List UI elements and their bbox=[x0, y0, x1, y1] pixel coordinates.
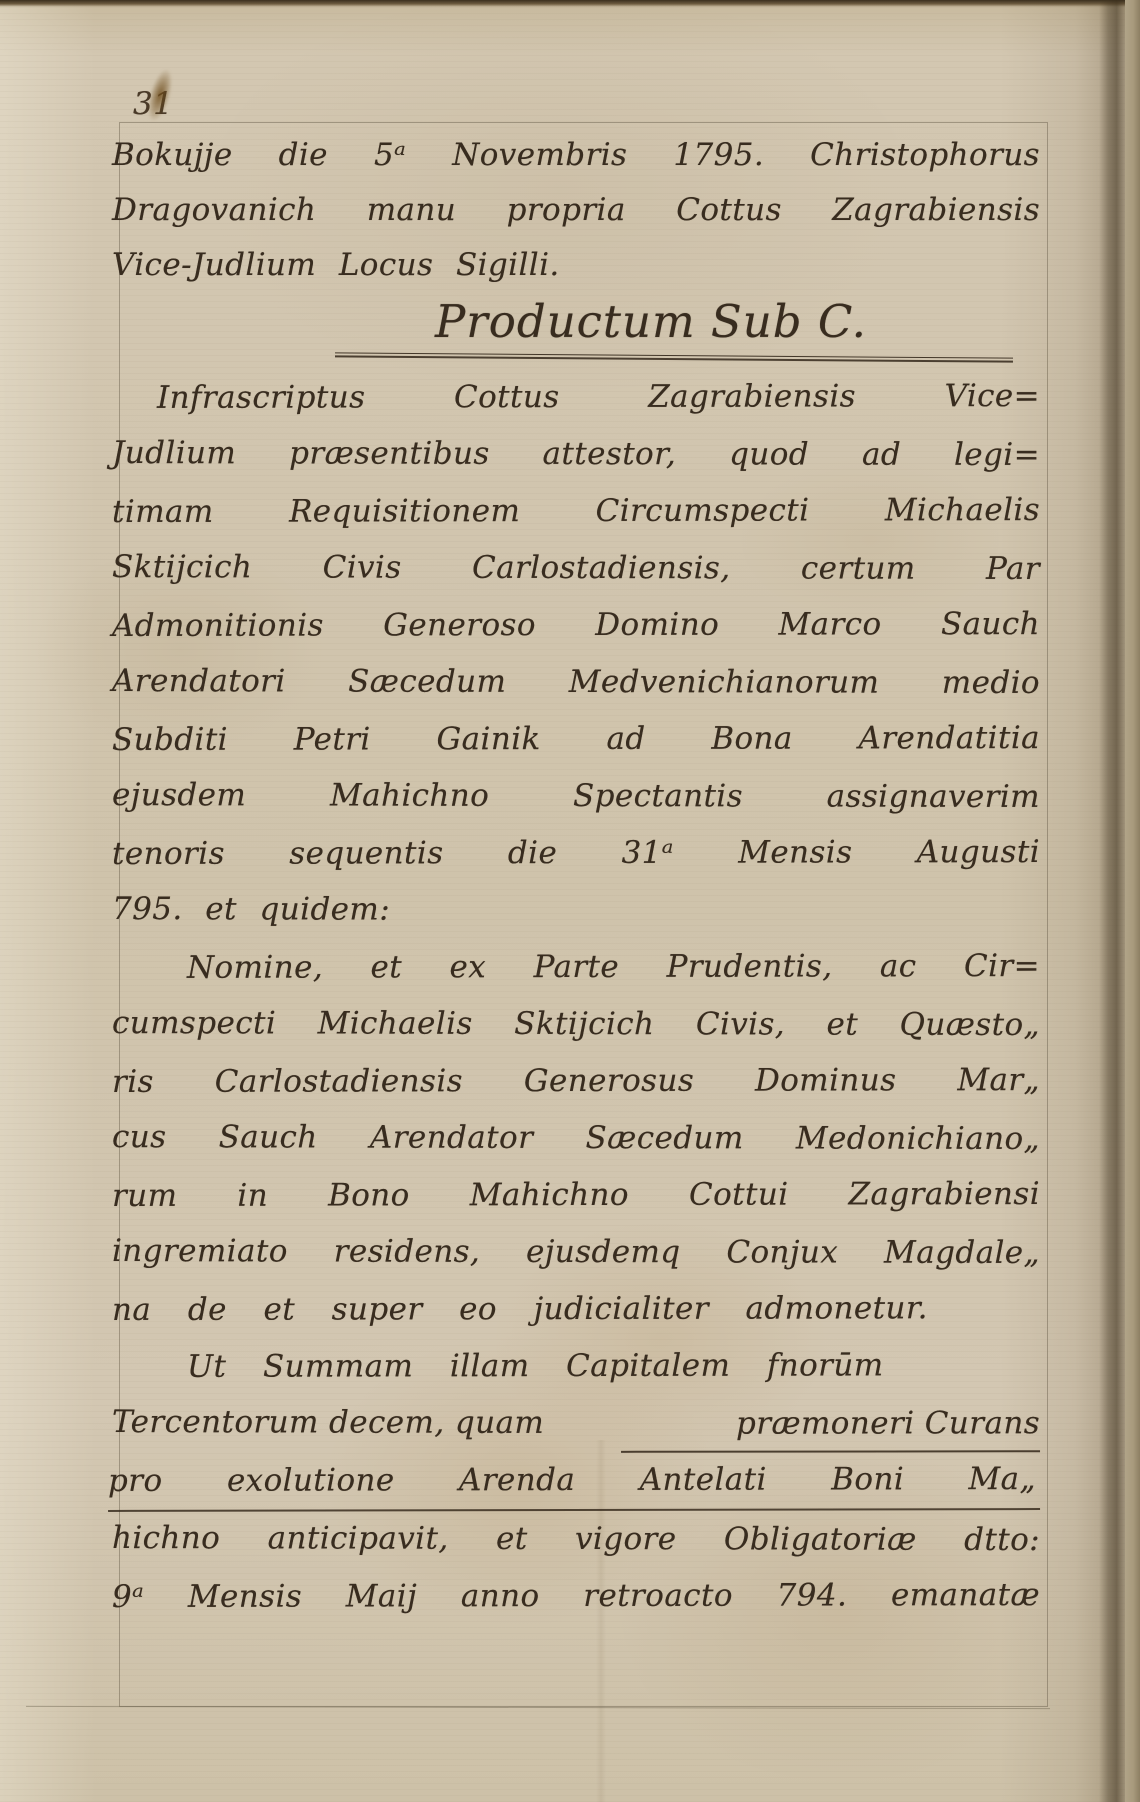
manuscript-line: Sktijcich Civis Carlostadiensis, certum … bbox=[112, 539, 1040, 598]
manuscript-line-segment: Tercentorum decem, quam bbox=[112, 1394, 544, 1452]
underlined-phrase: præmoneri Curans bbox=[621, 1395, 1040, 1453]
manuscript-line: Infrascriptus Cottus Zagrabiensis Vice= bbox=[112, 368, 1040, 427]
manuscript-line: cumspecti Michaelis Sktijcich Civis, et … bbox=[112, 995, 1040, 1054]
page-top-edge bbox=[0, 0, 1140, 7]
manuscript-text-block: Bokujje die 5ᵃ Novembris 1795. Christoph… bbox=[112, 128, 1040, 1625]
manuscript-line: na de et super eo judicialiter admonetur… bbox=[112, 1280, 1040, 1339]
manuscript-line: Judlium præsentibus attestor, quod ad le… bbox=[112, 425, 1040, 484]
header-line-3: Vice-Judlium Locus Sigilli. bbox=[112, 238, 1040, 293]
manuscript-line: hichno anticipavit, et vigore Obligatori… bbox=[112, 1510, 1040, 1569]
manuscript-line: Ut Summam illam Capitalem fnorūm bbox=[112, 1337, 1040, 1396]
manuscript-line: 9ᵃ Mensis Maij anno retroacto 794. emana… bbox=[112, 1567, 1040, 1626]
document-title: Productum Sub C. bbox=[112, 293, 1040, 355]
paragraph-3: Ut Summam illam Capitalem fnorūm Tercent… bbox=[112, 1338, 1040, 1625]
manuscript-line: Admonitionis Generoso Domino Marco Sauch bbox=[112, 596, 1040, 655]
manuscript-line: ejusdem Mahichno Spectantis assignaverim bbox=[112, 767, 1040, 826]
manuscript-line: timam Requisitionem Circumspecti Michael… bbox=[112, 482, 1040, 541]
manuscript-line: cus Sauch Arendator Sæcedum Medonichiano… bbox=[112, 1109, 1040, 1168]
page-right-edge bbox=[1125, 0, 1140, 1802]
manuscript-line: Arendatori Sæcedum Medvenichianorum medi… bbox=[112, 653, 1040, 712]
manuscript-line: 795. et quidem: bbox=[112, 881, 1040, 940]
header-line-1: Bokujje die 5ᵃ Novembris 1795. Christoph… bbox=[112, 128, 1040, 183]
manuscript-line: rum in Bono Mahichno Cottui Zagrabiensi bbox=[112, 1166, 1040, 1225]
manuscript-line: ingremiato residens, ejusdemq Conjux Mag… bbox=[112, 1223, 1040, 1282]
paragraph-1: Infrascriptus Cottus Zagrabiensis Vice= … bbox=[112, 369, 1040, 939]
manuscript-scan: 31 Bokujje die 5ᵃ Novembris 1795. Christ… bbox=[0, 0, 1140, 1802]
manuscript-line: Nomine, et ex Parte Prudentis, ac Cir= bbox=[112, 938, 1040, 997]
page-right-edge-shadow bbox=[1099, 0, 1125, 1802]
manuscript-line: tenoris sequentis die 31ᵃ Mensis Augusti bbox=[112, 824, 1040, 883]
paragraph-2: Nomine, et ex Parte Prudentis, ac Cir= c… bbox=[112, 939, 1040, 1338]
manuscript-line: Subditi Petri Gainik ad Bona Arendatitia bbox=[112, 710, 1040, 769]
underlined-manuscript-line: pro exolutione Arenda Antelati Boni Ma„ bbox=[108, 1451, 1040, 1512]
header-line-2: Dragovanich manu propria Cottus Zagrabie… bbox=[112, 183, 1040, 238]
manuscript-line: ris Carlostadiensis Generosus Dominus Ma… bbox=[112, 1052, 1040, 1111]
manuscript-line: Tercentorum decem, quam præmoneri Curans bbox=[112, 1394, 1040, 1453]
